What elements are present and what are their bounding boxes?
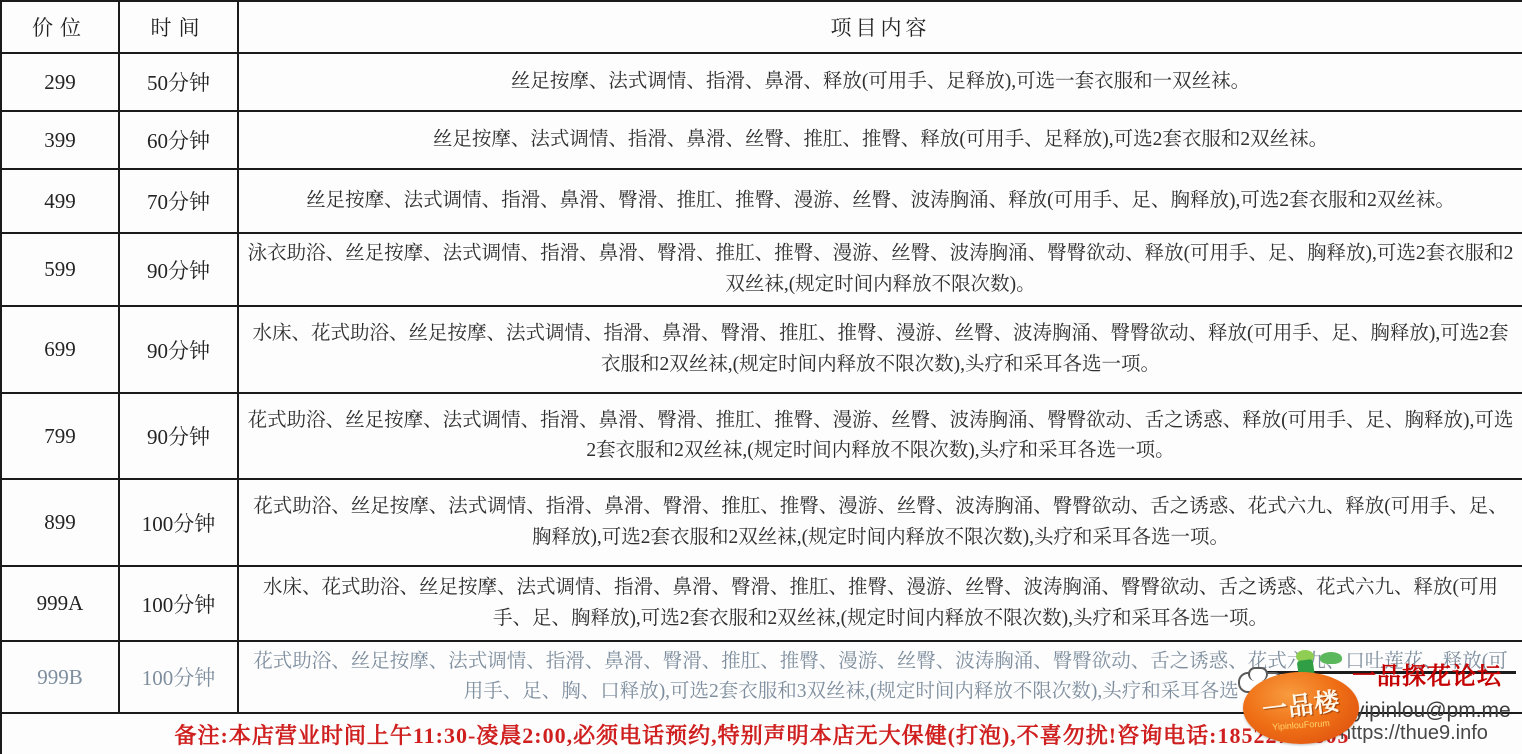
table-row-299: 299 50分钟 丝足按摩、法式调情、指滑、鼻滑、释放(可用手、足释放),可选一… bbox=[1, 53, 1522, 111]
table-row-899: 899 100分钟 花式助浴、丝足按摩、法式调情、指滑、鼻滑、臀滑、推肛、推臀、… bbox=[1, 479, 1522, 566]
price-list-screenshot: 价位 时间 项目内容 299 50分钟 丝足按摩、法式调情、指滑、鼻滑、释放(可… bbox=[0, 0, 1522, 754]
price-cell: 599 bbox=[1, 233, 119, 306]
content-cell: 水床、花式助浴、丝足按摩、法式调情、指滑、鼻滑、臀滑、推肛、推臀、漫游、丝臀、波… bbox=[238, 306, 1522, 393]
price-cell: 899 bbox=[1, 479, 119, 566]
content-cell: 丝足按摩、法式调情、指滑、鼻滑、臀滑、推肛、推臀、漫游、丝臀、波涛胸涌、释放(可… bbox=[238, 169, 1522, 233]
content-cell: 泳衣助浴、丝足按摩、法式调情、指滑、鼻滑、臀滑、推肛、推臀、漫游、丝臀、波涛胸涌… bbox=[238, 233, 1522, 306]
price-cell: 299 bbox=[1, 53, 119, 111]
time-cell: 70分钟 bbox=[119, 169, 238, 233]
time-cell: 90分钟 bbox=[119, 306, 238, 393]
table-row-499: 499 70分钟 丝足按摩、法式调情、指滑、鼻滑、臀滑、推肛、推臀、漫游、丝臀、… bbox=[1, 169, 1522, 233]
price-cell: 399 bbox=[1, 111, 119, 169]
content-cell: 丝足按摩、法式调情、指滑、鼻滑、丝臀、推肛、推臀、释放(可用手、足释放),可选2… bbox=[238, 111, 1522, 169]
price-cell: 999A bbox=[1, 566, 119, 641]
col-header-content: 项目内容 bbox=[238, 1, 1522, 53]
time-cell: 60分钟 bbox=[119, 111, 238, 169]
time-cell: 90分钟 bbox=[119, 393, 238, 479]
content-cell: 花式助浴、丝足按摩、法式调情、指滑、鼻滑、臀滑、推肛、推臀、漫游、丝臀、波涛胸涌… bbox=[238, 393, 1522, 479]
time-cell: 100分钟 bbox=[119, 566, 238, 641]
table-row-999a: 999A 100分钟 水床、花式助浴、丝足按摩、法式调情、指滑、鼻滑、臀滑、推肛… bbox=[1, 566, 1522, 641]
table-row-599: 599 90分钟 泳衣助浴、丝足按摩、法式调情、指滑、鼻滑、臀滑、推肛、推臀、漫… bbox=[1, 233, 1522, 306]
time-cell: 50分钟 bbox=[119, 53, 238, 111]
content-cell: 花式助浴、丝足按摩、法式调情、指滑、鼻滑、臀滑、推肛、推臀、漫游、丝臀、波涛胸涌… bbox=[238, 479, 1522, 566]
table-row-399: 399 60分钟 丝足按摩、法式调情、指滑、鼻滑、丝臀、推肛、推臀、释放(可用手… bbox=[1, 111, 1522, 169]
time-cell: 100分钟 bbox=[119, 641, 238, 713]
table-row-799: 799 90分钟 花式助浴、丝足按摩、法式调情、指滑、鼻滑、臀滑、推肛、推臀、漫… bbox=[1, 393, 1522, 479]
note-text: 备注:本店营业时间上午11:30-凌晨2:00,必须电话预约,特别声明本店无大保… bbox=[1, 713, 1522, 754]
price-table: 价位 时间 项目内容 299 50分钟 丝足按摩、法式调情、指滑、鼻滑、释放(可… bbox=[0, 0, 1522, 754]
content-cell: 水床、花式助浴、丝足按摩、法式调情、指滑、鼻滑、臀滑、推肛、推臀、漫游、丝臀、波… bbox=[238, 566, 1522, 641]
price-cell: 799 bbox=[1, 393, 119, 479]
col-header-price: 价位 bbox=[1, 1, 119, 53]
price-cell: 999B bbox=[1, 641, 119, 713]
note-row: 备注:本店营业时间上午11:30-凌晨2:00,必须电话预约,特别声明本店无大保… bbox=[1, 713, 1522, 754]
table-row-999b: 999B 100分钟 花式助浴、丝足按摩、法式调情、指滑、鼻滑、臀滑、推肛、推臀… bbox=[1, 641, 1522, 713]
table-row-699: 699 90分钟 水床、花式助浴、丝足按摩、法式调情、指滑、鼻滑、臀滑、推肛、推… bbox=[1, 306, 1522, 393]
time-cell: 90分钟 bbox=[119, 233, 238, 306]
table-header-row: 价位 时间 项目内容 bbox=[1, 1, 1522, 53]
col-header-time: 时间 bbox=[119, 1, 238, 53]
time-cell: 100分钟 bbox=[119, 479, 238, 566]
content-cell: 丝足按摩、法式调情、指滑、鼻滑、释放(可用手、足释放),可选一套衣服和一双丝袜。 bbox=[238, 53, 1522, 111]
price-cell: 499 bbox=[1, 169, 119, 233]
content-cell: 花式助浴、丝足按摩、法式调情、指滑、鼻滑、臀滑、推肛、推臀、漫游、丝臀、波涛胸涌… bbox=[238, 641, 1522, 713]
price-cell: 699 bbox=[1, 306, 119, 393]
